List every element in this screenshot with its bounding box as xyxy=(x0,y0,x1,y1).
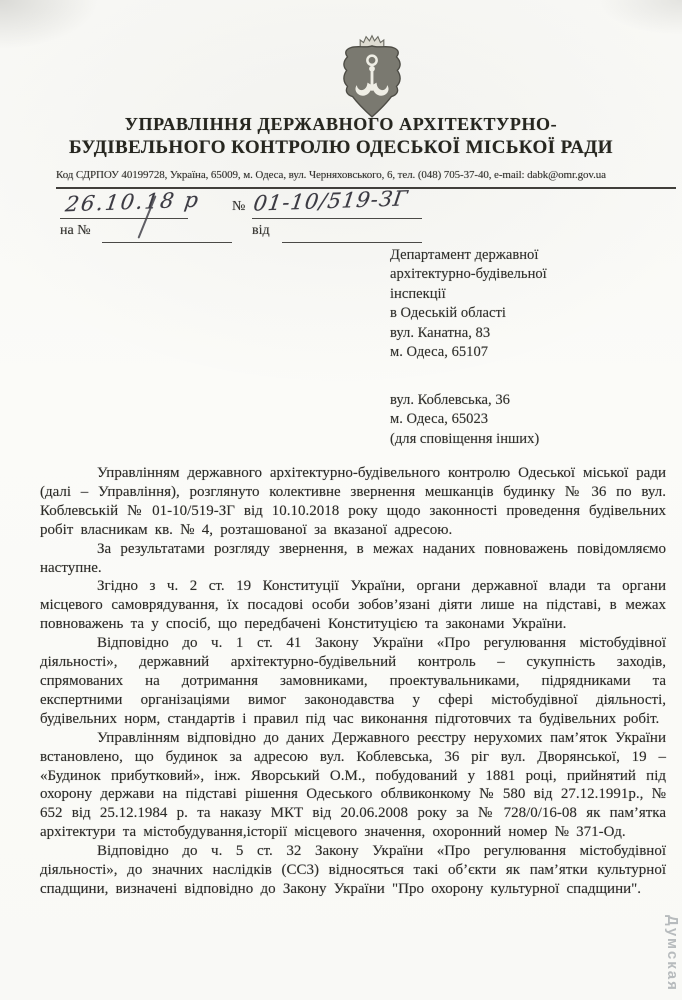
recipient-line: м. Одеса, 65107 xyxy=(390,343,547,362)
body-paragraph: Управлінням відповідно до даних Державно… xyxy=(40,729,666,842)
recipient-line: в Одеській області xyxy=(390,304,547,323)
recipient-line: архітектурно-будівельної xyxy=(390,265,547,284)
body-paragraph: Відповідно до ч. 5 ст. 32 Закону України… xyxy=(40,842,666,899)
body-paragraph: За результатами розгляду звернення, в ме… xyxy=(40,540,666,578)
recipient-line: вул. Канатна, 83 xyxy=(390,324,547,343)
recipient-line: інспекції xyxy=(390,285,547,304)
recipient-line: м. Одеса, 65023 xyxy=(390,410,539,429)
recipient-line: Департамент державної xyxy=(390,246,547,265)
dumskaya-watermark: Думская xyxy=(664,915,681,992)
from-label: від xyxy=(252,223,270,239)
date-blank-line xyxy=(60,217,188,219)
body-paragraph: Управлінням державного архітектурно-буді… xyxy=(40,464,666,540)
number-label: № xyxy=(232,199,245,215)
letter-body: Управлінням державного архітектурно-буді… xyxy=(40,464,666,899)
scanned-letter-page: УПРАВЛІННЯ ДЕРЖАВНОГО АРХІТЕКТУРНО- БУДІ… xyxy=(0,0,682,1000)
number-blank-line xyxy=(252,217,422,219)
org-contact-line: Код СДРПОУ 40199728, Україна, 65009, м. … xyxy=(56,169,676,181)
recipient-block-inspection: Департамент державної архітектурно-будів… xyxy=(390,246,547,362)
recipient-block-koblevska: вул. Коблевська, 36 м. Одеса, 65023 (для… xyxy=(390,391,539,449)
from-blank-line xyxy=(282,241,422,243)
on-number-label: на № xyxy=(60,223,91,239)
odesa-coat-of-arms-icon xyxy=(334,34,410,122)
recipient-line: вул. Коблевська, 36 xyxy=(390,391,539,410)
anchor-shield-icon xyxy=(334,34,410,122)
body-paragraph: Відповідно до ч. 1 ст. 41 Закону України… xyxy=(40,634,666,729)
recipient-line: (для сповіщення інших) xyxy=(390,430,539,449)
handwritten-date: 26.10.18 р xyxy=(64,188,202,217)
handwritten-number: 01-10/519-ЗГ xyxy=(252,186,410,215)
body-paragraph: Згідно з ч. 2 ст. 19 Конституції України… xyxy=(40,577,666,634)
org-name-line-2: БУДІВЕЛЬНОГО КОНТРОЛЮ ОДЕСЬКОЇ МІСЬКОЇ Р… xyxy=(0,137,682,159)
org-name-line-1: УПРАВЛІННЯ ДЕРЖАВНОГО АРХІТЕКТУРНО- xyxy=(0,114,682,135)
on-number-blank-line xyxy=(102,241,232,243)
